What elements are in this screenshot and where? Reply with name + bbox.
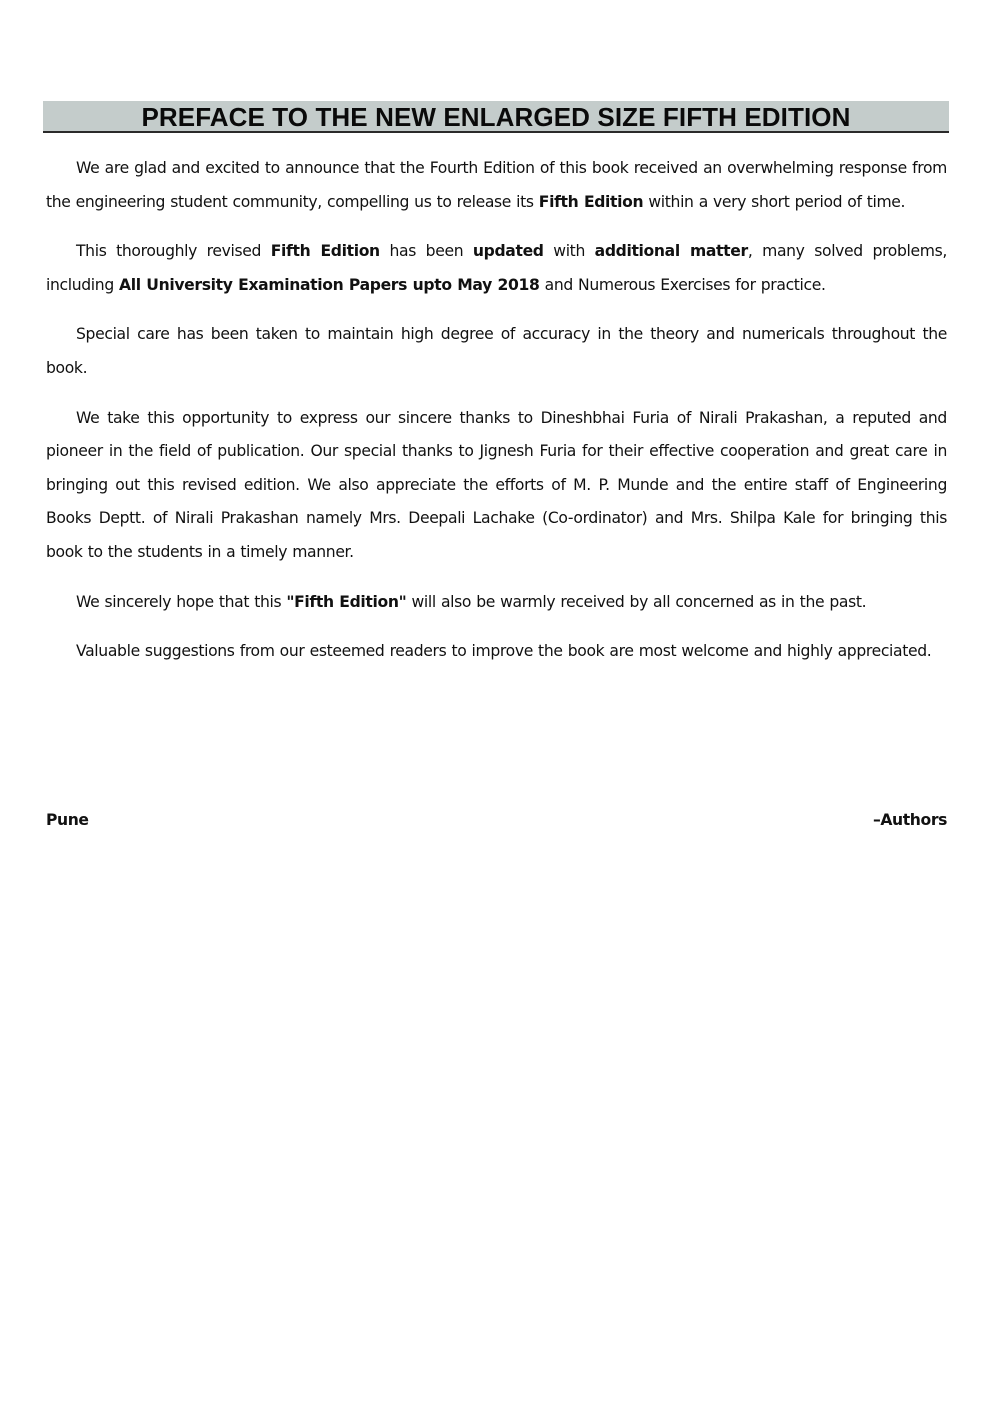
emphasis-text: Fifth Edition	[539, 193, 644, 211]
paragraph-5: We sincerely hope that this "Fifth Editi…	[46, 586, 947, 620]
preface-body: We are glad and excited to announce that…	[46, 152, 947, 685]
paragraph-6: Valuable suggestions from our esteemed r…	[46, 635, 947, 669]
paragraph-3: Special care has been taken to maintain …	[46, 318, 947, 385]
signature-author: –Authors	[873, 806, 947, 834]
page-title: PREFACE TO THE NEW ENLARGED SIZE FIFTH E…	[43, 101, 949, 134]
body-text-run: within a very short period of time.	[643, 193, 905, 211]
body-text-run: and Numerous Exercises for practice.	[540, 276, 826, 294]
body-text-run: This thoroughly revised	[76, 242, 271, 260]
paragraph-1: We are glad and excited to announce that…	[46, 152, 947, 219]
preface-title-bar: PREFACE TO THE NEW ENLARGED SIZE FIFTH E…	[43, 101, 949, 133]
signature-place: Pune	[46, 806, 89, 834]
emphasis-text: All University Examination Papers upto M…	[119, 276, 540, 294]
body-text-run: with	[544, 242, 595, 260]
emphasis-text: updated	[473, 242, 544, 260]
paragraph-4: We take this opportunity to express our …	[46, 402, 947, 570]
body-text-run: will also be warmly received by all conc…	[406, 593, 866, 611]
paragraph-2: This thoroughly revised Fifth Edition ha…	[46, 235, 947, 302]
emphasis-text: Fifth Edition	[271, 242, 380, 260]
emphasis-text: "Fifth Edition"	[286, 593, 406, 611]
signature-line: Pune –Authors	[46, 806, 947, 834]
body-text-run: Special care has been taken to maintain …	[46, 325, 947, 377]
body-text-run: Valuable suggestions from our esteemed r…	[76, 642, 931, 660]
body-text-run: We take this opportunity to express our …	[46, 409, 947, 561]
body-text-run: has been	[380, 242, 473, 260]
emphasis-text: additional matter	[595, 242, 748, 260]
body-text-run: We sincerely hope that this	[76, 593, 286, 611]
